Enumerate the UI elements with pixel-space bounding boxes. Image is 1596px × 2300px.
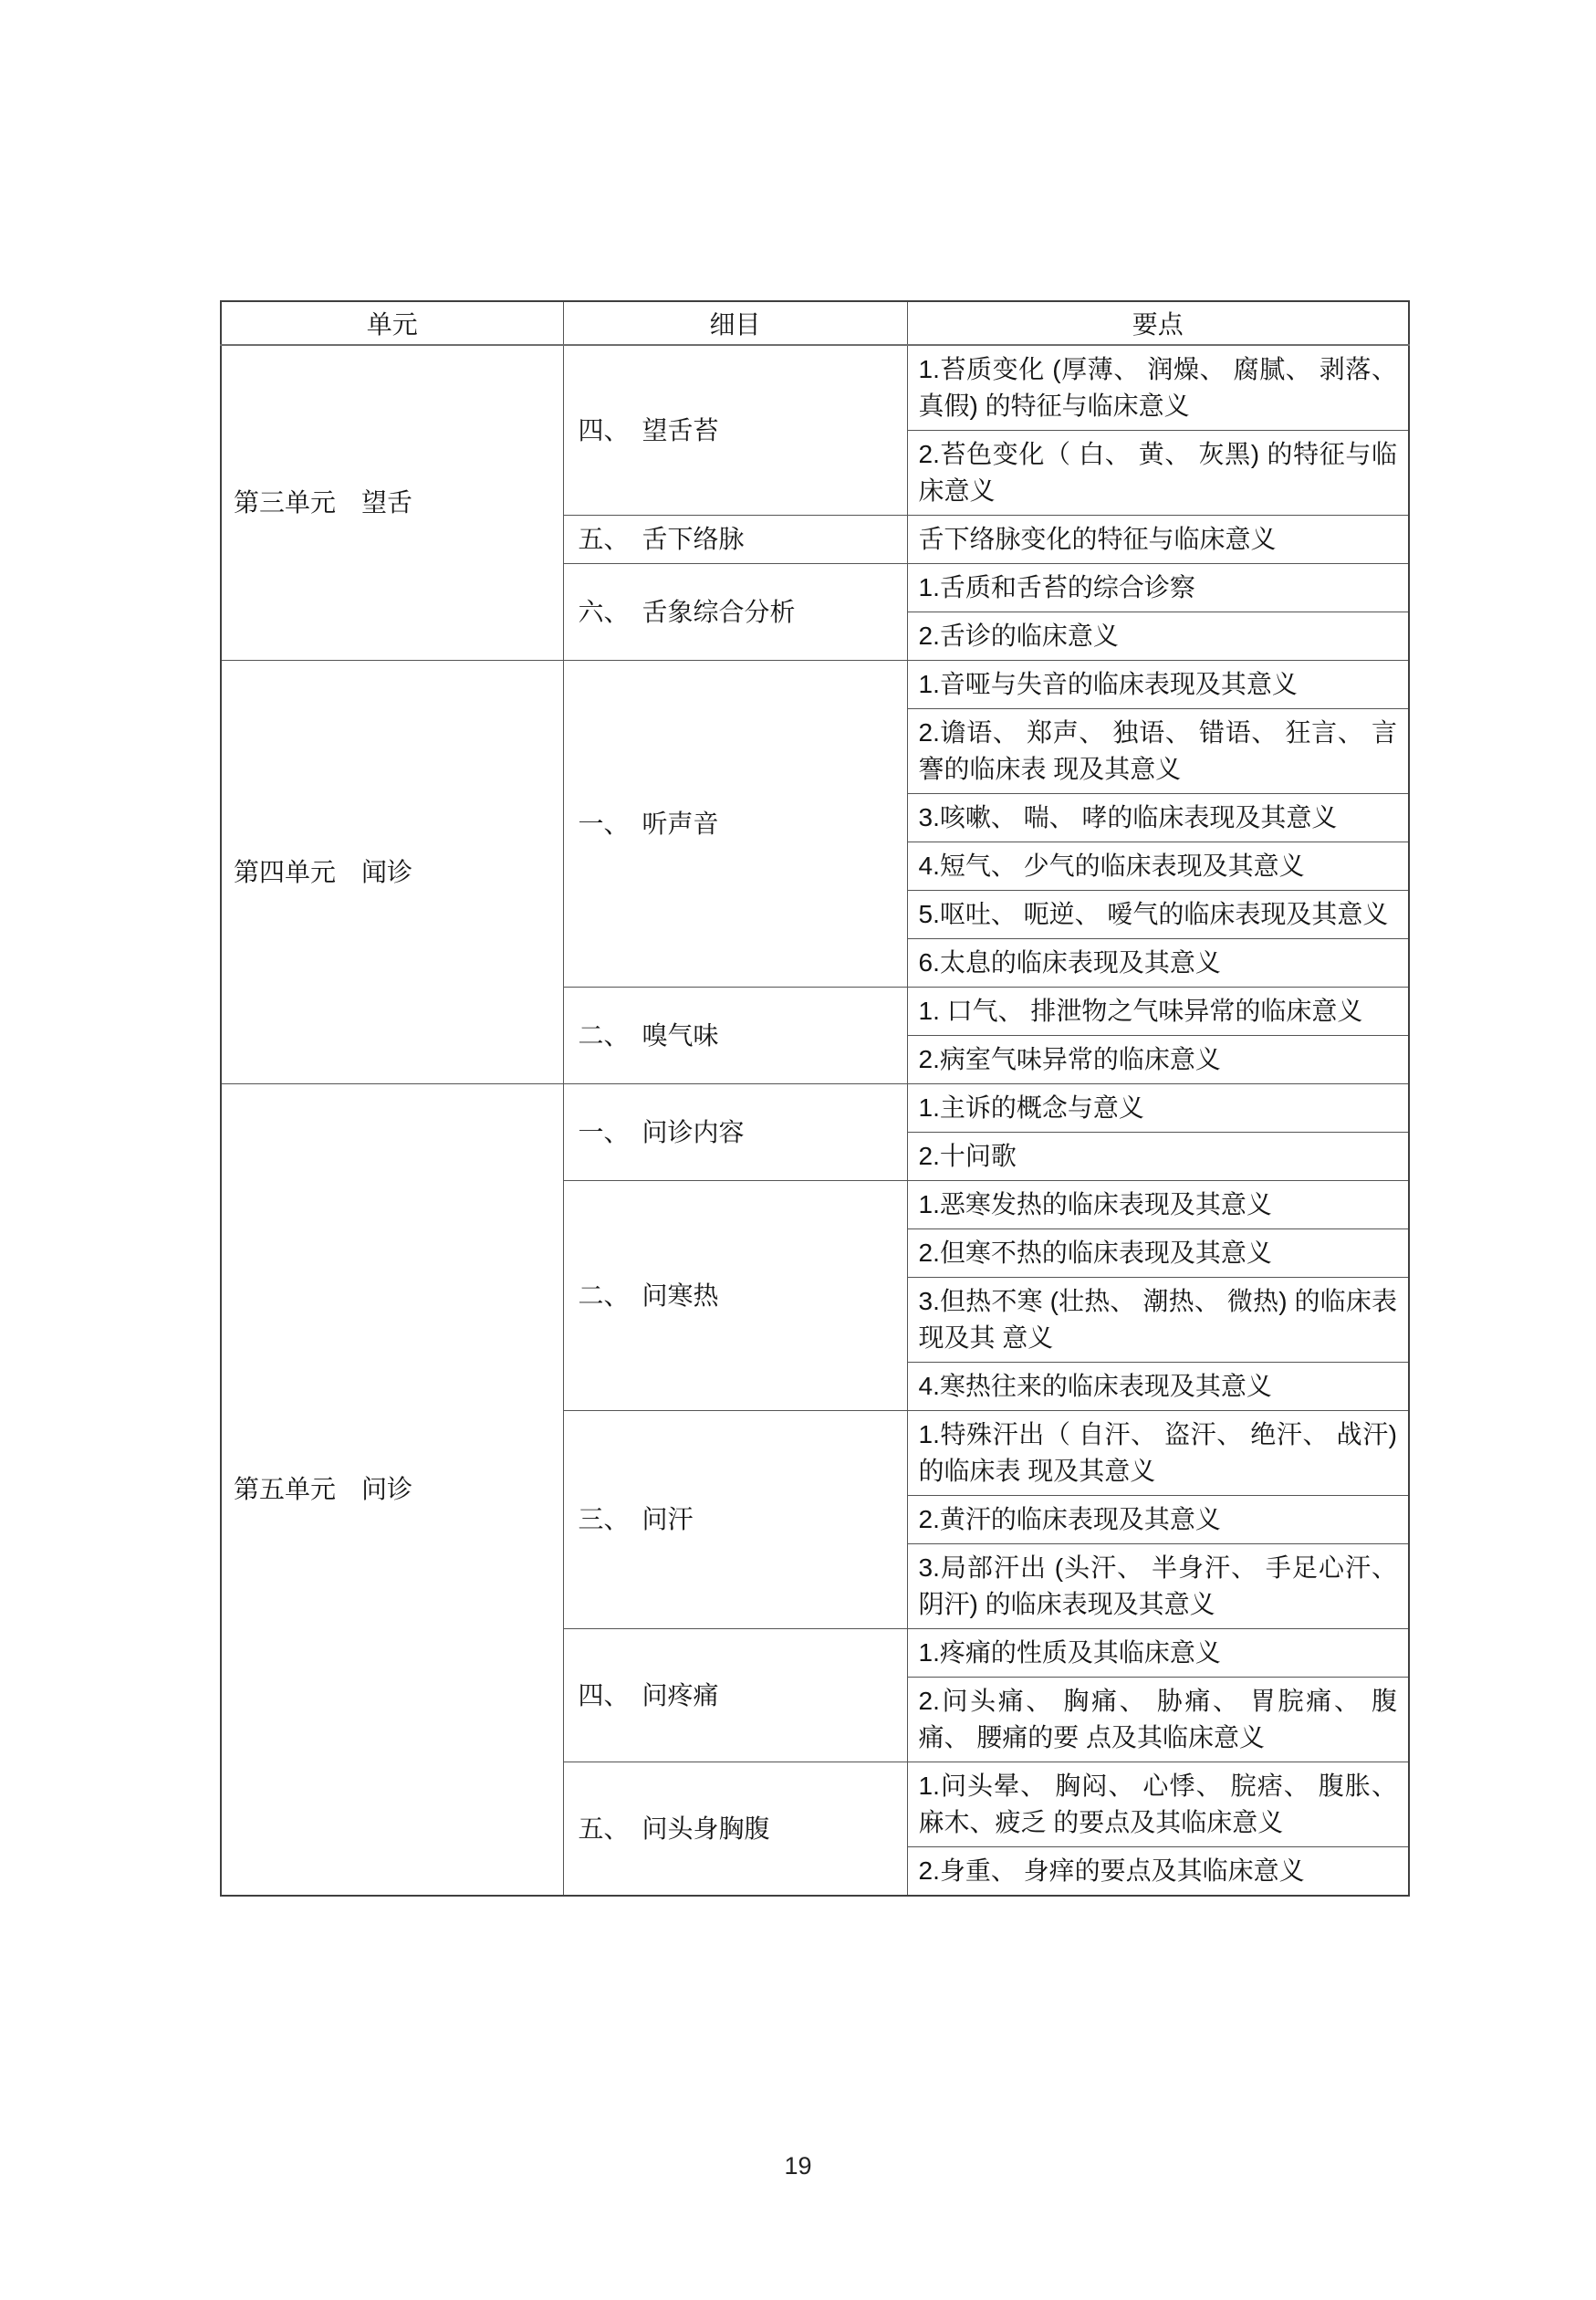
point-cell: 2.舌诊的临床意义	[907, 612, 1409, 661]
point-cell: 6.太息的临床表现及其意义	[907, 939, 1409, 988]
header-item-column: 细目	[563, 301, 907, 345]
subitem-cell: 二、 嗅气味	[563, 988, 907, 1084]
point-cell: 1.音哑与失音的临床表现及其意义	[907, 661, 1409, 709]
subitem-cell: 五、 舌下络脉	[563, 516, 907, 564]
table-body: 第三单元 望舌四、 望舌苔1.苔质变化 (厚薄、 润燥、 腐腻、 剥落、 真假)…	[221, 345, 1409, 1896]
point-cell: 舌下络脉变化的特征与临床意义	[907, 516, 1409, 564]
point-cell: 3.但热不寒 (壮热、 潮热、 微热) 的临床表现及其 意义	[907, 1278, 1409, 1363]
subitem-cell: 四、 问疼痛	[563, 1629, 907, 1762]
table-header-row: 单元 细目 要点	[221, 301, 1409, 345]
header-unit-column: 单元	[221, 301, 563, 345]
subitem-cell: 一、 问诊内容	[563, 1084, 907, 1181]
syllabus-table: 单元 细目 要点 第三单元 望舌四、 望舌苔1.苔质变化 (厚薄、 润燥、 腐腻…	[220, 300, 1410, 1897]
point-cell: 2.但寒不热的临床表现及其意义	[907, 1229, 1409, 1278]
point-cell: 2.十问歌	[907, 1133, 1409, 1181]
point-cell: 5.呕吐、 呃逆、 嗳气的临床表现及其意义	[907, 891, 1409, 939]
unit-cell: 第五单元 问诊	[221, 1084, 563, 1897]
point-cell: 2.谵语、 郑声、 独语、 错语、 狂言、 言謇的临床表 现及其意义	[907, 709, 1409, 794]
point-cell: 4.短气、 少气的临床表现及其意义	[907, 842, 1409, 891]
subitem-cell: 三、 问汗	[563, 1411, 907, 1629]
point-cell: 1.苔质变化 (厚薄、 润燥、 腐腻、 剥落、 真假) 的特征与临床意义	[907, 345, 1409, 431]
subitem-cell: 四、 望舌苔	[563, 345, 907, 516]
unit-cell: 第三单元 望舌	[221, 345, 563, 661]
point-cell: 4.寒热往来的临床表现及其意义	[907, 1363, 1409, 1411]
point-cell: 1.问头晕、 胸闷、 心悸、 脘痞、 腹胀、 麻木、疲乏 的要点及其临床意义	[907, 1762, 1409, 1847]
point-cell: 2.病室气味异常的临床意义	[907, 1036, 1409, 1084]
point-cell: 2.苔色变化（ 白、 黄、 灰黑) 的特征与临床意义	[907, 431, 1409, 516]
point-cell: 1.疼痛的性质及其临床意义	[907, 1629, 1409, 1678]
point-cell: 1. 口气、 排泄物之气味异常的临床意义	[907, 988, 1409, 1036]
subitem-cell: 五、 问头身胸腹	[563, 1762, 907, 1897]
point-cell: 1.舌质和舌苔的综合诊察	[907, 564, 1409, 612]
subitem-cell: 一、 听声音	[563, 661, 907, 988]
point-cell: 3.局部汗出 (头汗、 半身汗、 手足心汗、 阴汗) 的临床表现及其意义	[907, 1544, 1409, 1629]
subitem-cell: 二、 问寒热	[563, 1181, 907, 1411]
header-point-column: 要点	[907, 301, 1409, 345]
point-cell: 1.恶寒发热的临床表现及其意义	[907, 1181, 1409, 1229]
point-cell: 1.特殊汗出（ 自汗、 盗汗、 绝汗、 战汗) 的临床表 现及其意义	[907, 1411, 1409, 1496]
subitem-cell: 六、 舌象综合分析	[563, 564, 907, 661]
unit-cell: 第四单元 闻诊	[221, 661, 563, 1084]
table-row: 第三单元 望舌四、 望舌苔1.苔质变化 (厚薄、 润燥、 腐腻、 剥落、 真假)…	[221, 345, 1409, 431]
point-cell: 2.问头痛、 胸痛、 胁痛、 胃脘痛、 腹痛、 腰痛的要 点及其临床意义	[907, 1678, 1409, 1762]
document-page: 单元 细目 要点 第三单元 望舌四、 望舌苔1.苔质变化 (厚薄、 润燥、 腐腻…	[0, 0, 1596, 2300]
point-cell: 2.黄汗的临床表现及其意义	[907, 1496, 1409, 1544]
point-cell: 1.主诉的概念与意义	[907, 1084, 1409, 1133]
point-cell: 3.咳嗽、 喘、 哮的临床表现及其意义	[907, 794, 1409, 842]
point-cell: 2.身重、 身痒的要点及其临床意义	[907, 1847, 1409, 1897]
table-row: 第五单元 问诊一、 问诊内容1.主诉的概念与意义	[221, 1084, 1409, 1133]
table-row: 第四单元 闻诊一、 听声音1.音哑与失音的临床表现及其意义	[221, 661, 1409, 709]
page-number: 19	[0, 2152, 1596, 2180]
